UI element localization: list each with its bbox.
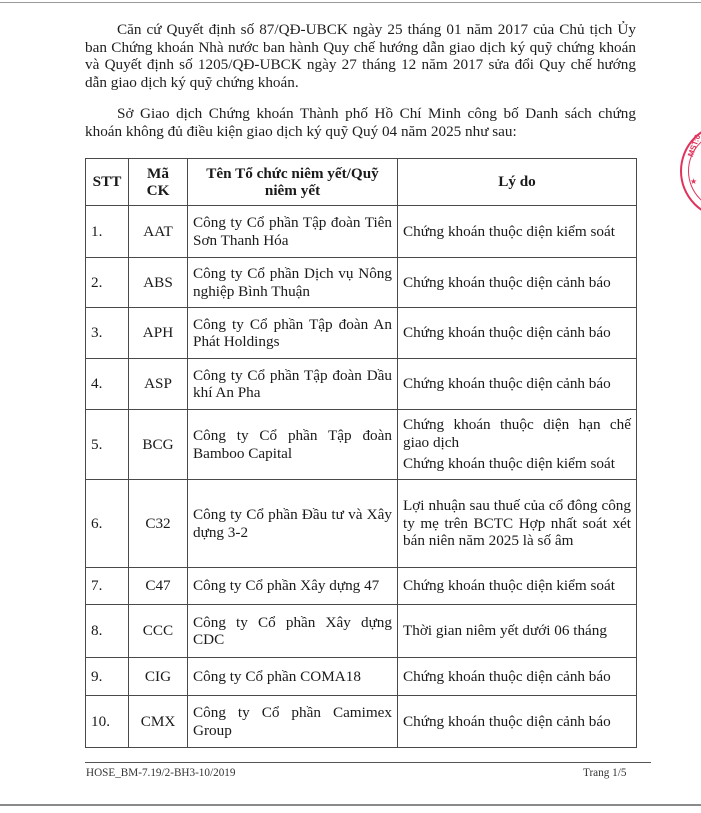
row-stock-code: CMX [129, 696, 188, 748]
reason-line: Chứng khoán thuộc diện cảnh báo [403, 668, 631, 685]
reason-line: Chứng khoán thuộc diện cảnh báo [403, 375, 631, 392]
row-stt: 2. [86, 258, 129, 308]
row-reason: Chứng khoán thuộc diện hạn chế giao dịch… [398, 410, 637, 480]
row-reason: Chứng khoán thuộc diện cảnh báo [398, 258, 637, 308]
row-stt: 6. [86, 480, 129, 568]
table-row: 3.APHCông ty Cổ phần Tập đoàn An Phát Ho… [86, 308, 637, 359]
table-row: 10.CMXCông ty Cổ phần Camimex GroupChứng… [86, 696, 637, 748]
row-reason: Chứng khoán thuộc diện cảnh báo [398, 359, 637, 410]
reason-line: Chứng khoán thuộc diện kiểm soát [403, 577, 631, 594]
row-stt: 8. [86, 605, 129, 658]
reason-line: Chứng khoán thuộc diện cảnh báo [403, 274, 631, 291]
row-reason: Chứng khoán thuộc diện cảnh báo [398, 696, 637, 748]
row-stock-code: AAT [129, 206, 188, 258]
row-stt: 1. [86, 206, 129, 258]
row-stock-code: C32 [129, 480, 188, 568]
row-stock-code: ASP [129, 359, 188, 410]
row-reason: Chứng khoán thuộc diện kiểm soát [398, 206, 637, 258]
row-reason: Chứng khoán thuộc diện kiểm soát [398, 568, 637, 605]
row-company-name: Công ty Cổ phần COMA18 [188, 658, 398, 696]
row-stt: 3. [86, 308, 129, 359]
table-row: 5.BCGCông ty Cổ phần Tập đoàn Bamboo Cap… [86, 410, 637, 480]
header-stt: STT [86, 159, 129, 206]
row-company-name: Công ty Cổ phần Tập đoàn Dầu khí An Pha [188, 359, 398, 410]
reason-line: Thời gian niêm yết dưới 06 tháng [403, 622, 631, 639]
ineligible-securities-table: STT Mã CK Tên Tổ chức niêm yết/Quỹ niêm … [85, 158, 637, 748]
row-stt: 4. [86, 359, 129, 410]
reason-line: Chứng khoán thuộc diện cảnh báo [403, 324, 631, 341]
row-stock-code: APH [129, 308, 188, 359]
table-row: 8.CCCCông ty Cổ phần Xây dựng CDCThời gi… [86, 605, 637, 658]
table-row: 7.C47Công ty Cổ phần Xây dựng 47Chứng kh… [86, 568, 637, 605]
row-company-name: Công ty Cổ phần Đầu tư và Xây dựng 3-2 [188, 480, 398, 568]
header-reason: Lý do [398, 159, 637, 206]
row-company-name: Công ty Cổ phần Xây dựng 47 [188, 568, 398, 605]
row-stt: 5. [86, 410, 129, 480]
star-icon: ★ [690, 177, 697, 186]
header-name: Tên Tổ chức niêm yết/Quỹ niêm yết [188, 159, 398, 206]
table-row: 6.C32Công ty Cổ phần Đầu tư và Xây dựng … [86, 480, 637, 568]
row-stt: 10. [86, 696, 129, 748]
reason-line: Chứng khoán thuộc diện hạn chế giao dịch [403, 416, 631, 451]
paragraph-text: Sở Giao dịch Chứng khoán Thành phố Hồ Ch… [85, 105, 636, 140]
row-reason: Chứng khoán thuộc diện cảnh báo [398, 658, 637, 696]
intro-paragraph-announcement: Sở Giao dịch Chứng khoán Thành phố Hồ Ch… [85, 105, 636, 140]
row-stock-code: BCG [129, 410, 188, 480]
row-company-name: Công ty Cổ phần Camimex Group [188, 696, 398, 748]
table-row: 4.ASPCông ty Cổ phần Tập đoàn Dầu khí An… [86, 359, 637, 410]
row-stock-code: C47 [129, 568, 188, 605]
header-code: Mã CK [129, 159, 188, 206]
row-reason: Chứng khoán thuộc diện cảnh báo [398, 308, 637, 359]
table-header-row: STT Mã CK Tên Tổ chức niêm yết/Quỹ niêm … [86, 159, 637, 206]
reason-line: Chứng khoán thuộc diện kiểm soát [403, 223, 631, 240]
row-company-name: Công ty Cổ phần Tập đoàn Bamboo Capital [188, 410, 398, 480]
table-row: 2.ABSCông ty Cổ phần Dịch vụ Nông nghiệp… [86, 258, 637, 308]
reason-line: Chứng khoán thuộc diện kiểm soát [403, 455, 631, 472]
row-stock-code: CCC [129, 605, 188, 658]
page-bottom-edge [0, 804, 701, 806]
intro-paragraph-legal-basis: Căn cứ Quyết định số 87/QĐ-UBCK ngày 25 … [85, 21, 636, 91]
row-reason: Thời gian niêm yết dưới 06 tháng [398, 605, 637, 658]
row-stock-code: CIG [129, 658, 188, 696]
footer-form-code: HOSE_BM-7.19/2-BH3-10/2019 [86, 767, 235, 779]
reason-line: Lợi nhuận sau thuế của cổ đông công ty m… [403, 497, 631, 549]
row-stt: 7. [86, 568, 129, 605]
row-stock-code: ABS [129, 258, 188, 308]
footer-page-number: Trang 1/5 [583, 767, 626, 779]
reason-line: Chứng khoán thuộc diện cảnh báo [403, 713, 631, 730]
row-stt: 9. [86, 658, 129, 696]
row-reason: Lợi nhuận sau thuế của cổ đông công ty m… [398, 480, 637, 568]
table-row: 1.AATCông ty Cổ phần Tập đoàn Tiên Sơn T… [86, 206, 637, 258]
page-top-edge [0, 2, 701, 3]
paragraph-text: Căn cứ Quyết định số 87/QĐ-UBCK ngày 25 … [85, 21, 636, 91]
row-company-name: Công ty Cổ phần Dịch vụ Nông nghiệp Bình… [188, 258, 398, 308]
row-company-name: Công ty Cổ phần Tập đoàn An Phát Holding… [188, 308, 398, 359]
row-company-name: Công ty Cổ phần Xây dựng CDC [188, 605, 398, 658]
company-seal-stamp: MST:0 ★ [680, 123, 701, 219]
table-row: 9.CIGCông ty Cổ phần COMA18Chứng khoán t… [86, 658, 637, 696]
footer-divider [85, 762, 651, 763]
row-company-name: Công ty Cổ phần Tập đoàn Tiên Sơn Thanh … [188, 206, 398, 258]
